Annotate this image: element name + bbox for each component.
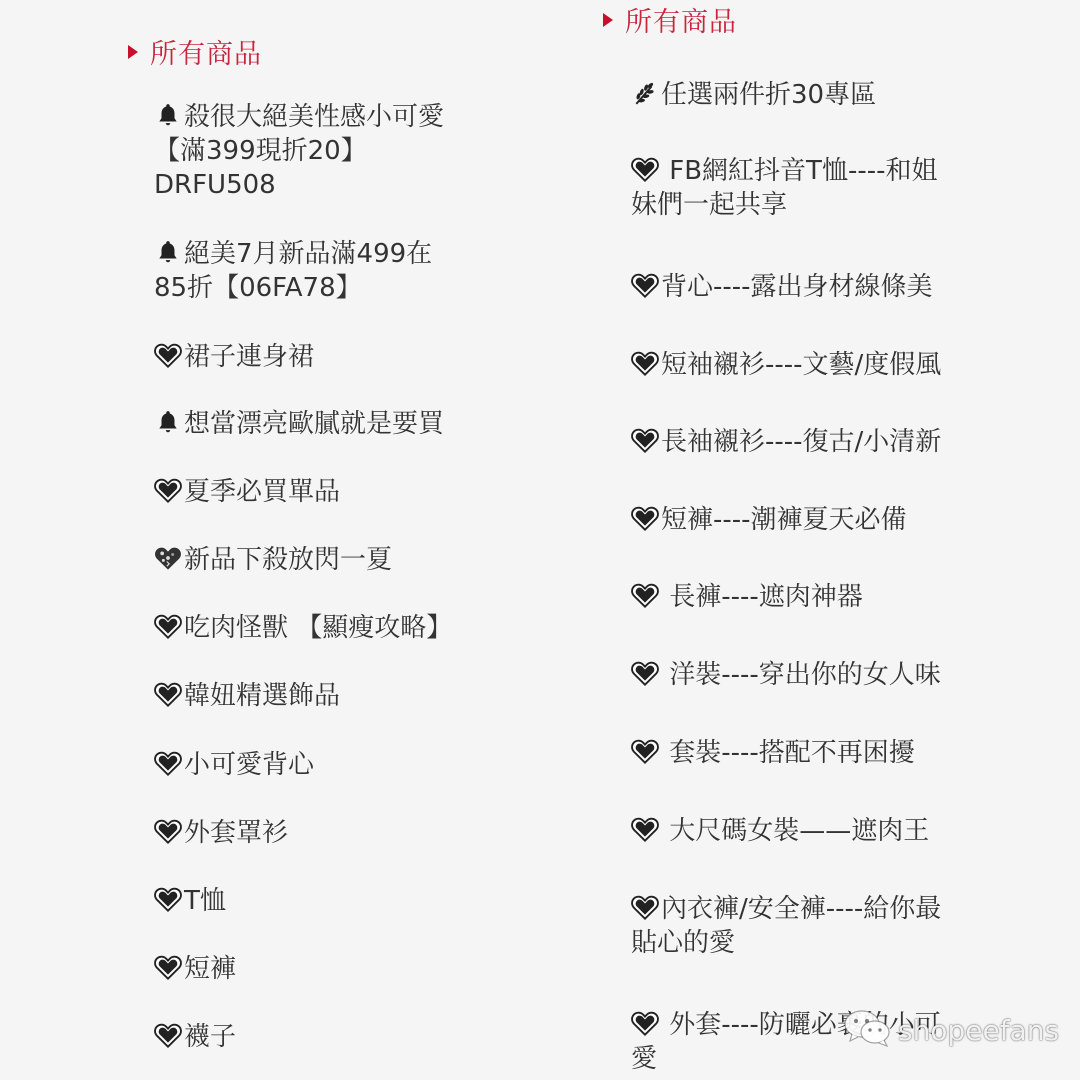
item-text: 短袖襯衫----文藝/度假風 xyxy=(661,350,941,380)
heart-icon xyxy=(154,1022,182,1048)
item-text: 大尺碼女裝——遮肉王 xyxy=(661,816,929,846)
list-item[interactable]: 洋裝----穿出你的女人味 xyxy=(631,658,941,692)
bell-icon xyxy=(154,239,182,265)
list-item[interactable]: 套裝----搭配不再困擾 xyxy=(631,736,915,770)
heart-icon xyxy=(631,894,659,920)
list-item[interactable]: 任選兩件折30專區 xyxy=(631,78,876,112)
list-item[interactable]: 短袖襯衫----文藝/度假風 xyxy=(631,348,941,382)
item-text: 85折【06FA78】 xyxy=(154,273,362,303)
item-text: 長褲----遮肉神器 xyxy=(661,582,863,612)
list-item[interactable]: 短褲 xyxy=(154,952,236,986)
item-text: 愛 xyxy=(631,1044,657,1074)
item-text: 韓妞精選飾品 xyxy=(184,681,340,711)
list-item[interactable]: 想當漂亮歐膩就是要買 xyxy=(154,407,444,441)
heart-icon xyxy=(631,427,659,453)
all-products-link-right[interactable]: 所有商品 xyxy=(603,0,737,39)
heart-icon xyxy=(154,886,182,912)
all-products-link-left[interactable]: 所有商品 xyxy=(128,32,262,71)
item-text: 任選兩件折30專區 xyxy=(661,80,876,110)
item-text: 吃肉怪獸 【顯瘦攻略】 xyxy=(184,613,452,643)
item-text: 背心----露出身材線條美 xyxy=(661,272,933,302)
heart-icon xyxy=(631,738,659,764)
heart-icon xyxy=(631,816,659,842)
item-text: 殺很大絕美性感小可愛 xyxy=(184,102,444,132)
item-text: 裙子連身裙 xyxy=(184,342,314,372)
patterned-heart-icon xyxy=(154,545,182,571)
bell-icon xyxy=(154,102,182,128)
item-text: 洋裝----穿出你的女人味 xyxy=(661,660,941,690)
list-item[interactable]: T恤 xyxy=(154,884,226,918)
heart-icon xyxy=(631,1010,659,1036)
triangle-right-icon xyxy=(128,45,138,59)
list-item[interactable]: 殺很大絕美性感小可愛 【滿399現折20】 DRFU508 xyxy=(154,100,444,202)
heart-icon xyxy=(154,954,182,980)
item-text: 新品下殺放閃一夏 xyxy=(184,545,392,575)
heart-icon xyxy=(631,272,659,298)
list-item[interactable]: 外套----防曬必裹的小可 愛 xyxy=(631,1008,941,1076)
list-item[interactable]: 外套罩衫 xyxy=(154,816,288,850)
heart-icon xyxy=(631,156,659,182)
item-text: 套裝----搭配不再困擾 xyxy=(661,738,915,768)
list-item[interactable]: 絕美7月新品滿499在 85折【06FA78】 xyxy=(154,237,432,305)
item-text: 小可愛背心 xyxy=(184,750,314,780)
heart-icon xyxy=(631,660,659,686)
heart-icon xyxy=(631,350,659,376)
list-item[interactable]: 長褲----遮肉神器 xyxy=(631,580,863,614)
list-item[interactable]: 夏季必買單品 xyxy=(154,475,340,509)
triangle-right-icon xyxy=(603,13,613,27)
item-text: DRFU508 xyxy=(154,170,276,200)
list-item[interactable]: 長袖襯衫----復古/小清新 xyxy=(631,425,941,459)
item-text: 想當漂亮歐膩就是要買 xyxy=(184,409,444,439)
list-item[interactable]: 襪子 xyxy=(154,1020,236,1054)
list-item[interactable]: 背心----露出身材線條美 xyxy=(631,270,933,304)
item-text: T恤 xyxy=(184,886,226,916)
heart-icon xyxy=(631,505,659,531)
list-item[interactable]: 短褲----潮褲夏天必備 xyxy=(631,503,907,537)
heart-icon xyxy=(154,342,182,368)
list-item[interactable]: 裙子連身裙 xyxy=(154,340,314,374)
all-products-label: 所有商品 xyxy=(150,32,262,71)
heart-icon xyxy=(154,750,182,776)
leaf-sprig-icon xyxy=(631,80,659,106)
list-item[interactable]: 大尺碼女裝——遮肉王 xyxy=(631,814,929,848)
heart-icon xyxy=(631,582,659,608)
item-text: 夏季必買單品 xyxy=(184,477,340,507)
list-item[interactable]: 新品下殺放閃一夏 xyxy=(154,543,392,577)
item-text: 絕美7月新品滿499在 xyxy=(184,239,432,269)
heart-icon xyxy=(154,613,182,639)
item-text: 妹們一起共享 xyxy=(631,190,787,220)
item-text: 【滿399現折20】 xyxy=(154,136,367,166)
all-products-label: 所有商品 xyxy=(625,0,737,39)
item-text: 內衣褲/安全褲----給你最 xyxy=(661,894,941,924)
heart-icon xyxy=(154,681,182,707)
item-text: 貼心的愛 xyxy=(631,928,735,958)
bell-icon xyxy=(154,409,182,435)
item-text: 長袖襯衫----復古/小清新 xyxy=(661,427,941,457)
heart-icon xyxy=(154,818,182,844)
item-text: 短褲 xyxy=(184,954,236,984)
item-text: 短褲----潮褲夏天必備 xyxy=(661,505,907,535)
list-item[interactable]: FB網紅抖音T恤----和姐 妹們一起共享 xyxy=(631,154,937,222)
list-item[interactable]: 小可愛背心 xyxy=(154,748,314,782)
heart-icon xyxy=(154,477,182,503)
list-item[interactable]: 內衣褲/安全褲----給你最 貼心的愛 xyxy=(631,892,941,960)
item-text: 襪子 xyxy=(184,1022,236,1052)
list-item[interactable]: 吃肉怪獸 【顯瘦攻略】 xyxy=(154,611,452,645)
list-item[interactable]: 韓妞精選飾品 xyxy=(154,679,340,713)
item-text: 外套罩衫 xyxy=(184,818,288,848)
item-text: FB網紅抖音T恤----和姐 xyxy=(661,156,937,186)
item-text: 外套----防曬必裹的小可 xyxy=(661,1010,941,1040)
